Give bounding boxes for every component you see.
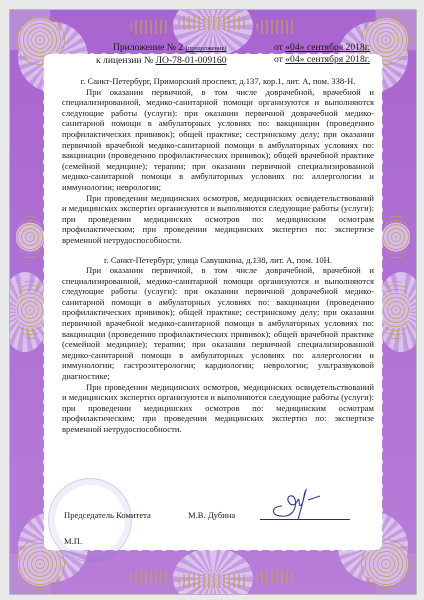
appendix-date: «04» сентября 2018г.: [285, 42, 370, 53]
wavy-edge-right: [377, 60, 387, 544]
appendix-reference: Приложение № 2 (продолжение) к лицензии …: [62, 42, 227, 67]
license-appendix-document: Приложение № 2 (продолжение) к лицензии …: [10, 10, 416, 594]
section-primorsky: г. Санкт-Петербург, Приморский проспект,…: [62, 76, 374, 246]
signatory-role: Председатель Комитета: [64, 510, 151, 520]
appendix-note: (продолжение): [186, 45, 227, 52]
bottom-gold-ornament-center: [178, 574, 248, 588]
date-prefix-1: от: [274, 42, 283, 53]
section-paragraph-medical-care: При оказании первичной, в том числе довр…: [62, 87, 374, 193]
top-gold-ornament-left: [130, 20, 170, 34]
section-savushkina: г. Санкт-Петербург, улица Савушкина, д.1…: [62, 255, 374, 435]
signature-line: [260, 519, 350, 520]
section-address: г. Санкт-Петербург, Приморский проспект,…: [62, 76, 374, 87]
date-prefix-2: от: [274, 54, 283, 65]
top-gold-ornament-center: [178, 16, 248, 30]
top-gold-ornament-right: [256, 20, 296, 34]
bottom-gold-ornament-right: [256, 570, 296, 584]
document-header: Приложение № 2 (продолжение) к лицензии …: [62, 42, 374, 67]
license-date: «04» сентября 2018г.: [285, 54, 370, 65]
signature-block: Председатель Комитета М.В. Дубина М.П.: [64, 502, 384, 562]
wavy-edge-left: [39, 60, 49, 544]
license-number: ЛО-78-01-009160: [156, 55, 227, 66]
document-content: Приложение № 2 (продолжение) к лицензии …: [62, 42, 374, 435]
section-paragraph-examinations: При проведении медицинских осмотров, мед…: [62, 193, 374, 246]
appendix-label: Приложение № 2: [113, 42, 183, 53]
section-address: г. Санкт-Петербург, улица Савушкина, д.1…: [62, 255, 374, 266]
section-paragraph-examinations: При проведении медицинских осмотров, мед…: [62, 382, 374, 435]
seal-label: М.П.: [64, 536, 82, 546]
license-prefix: к лицензии №: [96, 55, 153, 66]
date-reference: от «04» сентября 2018г. от «04» сентября…: [274, 42, 374, 67]
signatory-name: М.В. Дубина: [188, 510, 235, 520]
bottom-gold-ornament-left: [130, 570, 170, 584]
section-paragraph-medical-care: При оказании первичной, в том числе довр…: [62, 265, 374, 382]
